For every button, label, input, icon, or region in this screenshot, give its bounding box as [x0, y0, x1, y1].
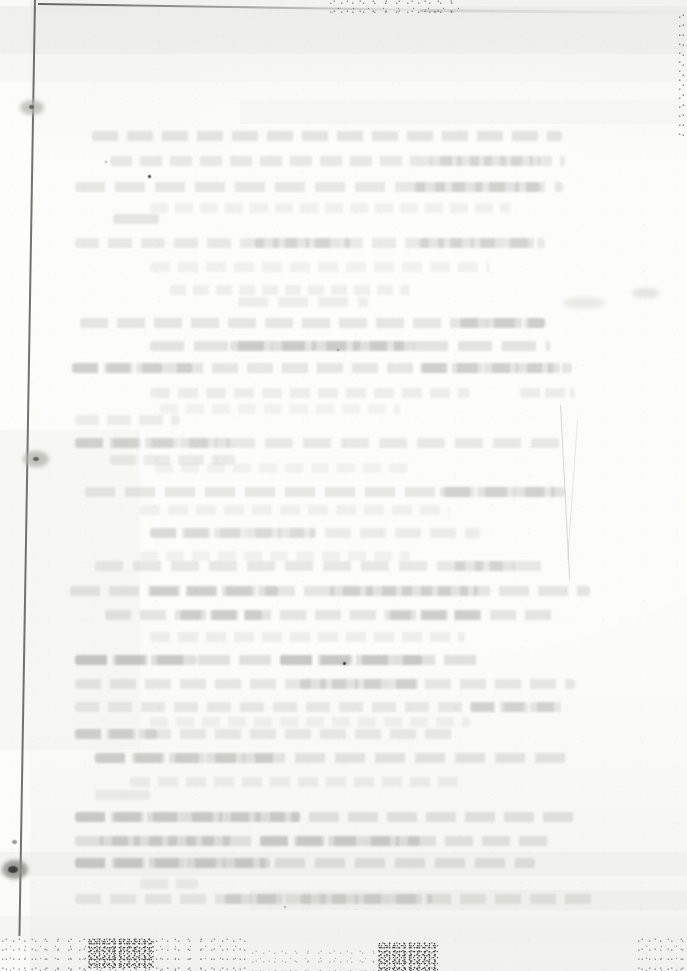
left-margin-speck — [12, 840, 17, 844]
staple-mark-middle-core — [33, 457, 39, 461]
noise-corner-bottom-right — [636, 938, 687, 971]
ink-smudge-bottom-left-core — [8, 866, 18, 873]
ink-speck-2 — [343, 662, 346, 665]
top-scan-edge-fade — [420, 9, 687, 14]
mid-right-smudge — [563, 297, 605, 309]
noise-column-right-edge — [677, 14, 687, 140]
right-margin-smudge — [632, 288, 660, 298]
noise-band-bottom-mid — [250, 950, 430, 971]
scan-marks-layer — [0, 0, 687, 971]
left-crease-line — [18, 0, 35, 936]
right-crease-faint-2 — [567, 420, 578, 560]
ink-speck-4 — [105, 161, 107, 163]
ink-speck-3 — [337, 349, 339, 351]
noise-band-bottom-left — [0, 938, 250, 971]
staple-mark-top-core — [29, 105, 34, 109]
noise-patch-top — [328, 0, 460, 13]
scanned-document-page — [0, 0, 687, 971]
ink-speck-6 — [284, 906, 286, 908]
ink-speck-1 — [148, 175, 151, 178]
